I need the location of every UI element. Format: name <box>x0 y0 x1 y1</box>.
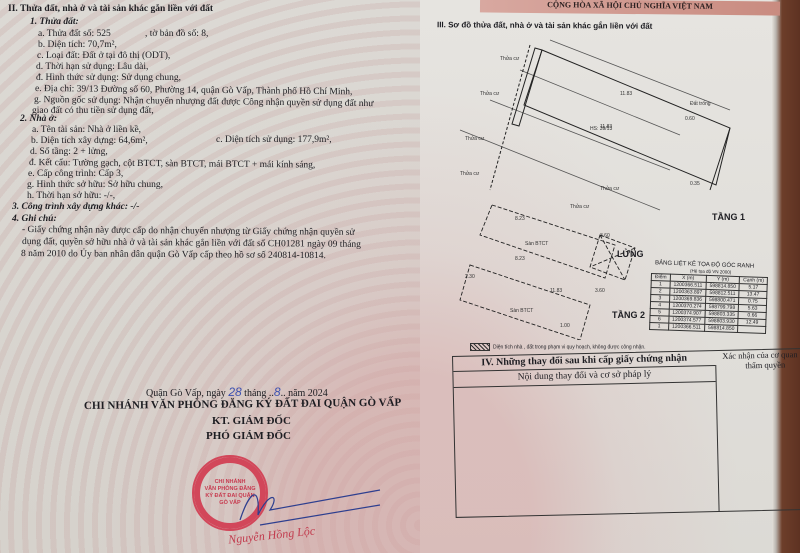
svg-text:11.83: 11.83 <box>550 288 562 294</box>
notes-line-3: 8 năm 2010 do Ủy ban nhân dân quận Gò Vấ… <box>21 249 326 261</box>
issue-month: 8 <box>274 385 281 399</box>
land-heading: 1. Thửa đất: <box>30 17 79 27</box>
coord-table: ĐiểmX (m)Y (m)Cạnh (m) 11200366.51159881… <box>649 273 768 334</box>
issue-day: 28 <box>228 385 241 399</box>
svg-text:Thửa cư: Thửa cư <box>465 135 485 142</box>
map-sheet-number: , tờ bản đồ số: 8, <box>145 29 208 39</box>
svg-text:1.00: 1.00 <box>560 323 570 329</box>
svg-text:11.83: 11.83 <box>600 124 612 130</box>
hatch-swatch-icon <box>470 343 490 351</box>
floor-2-label: TẦNG 2 <box>612 310 645 320</box>
floor-1-label: TẦNG 1 <box>712 212 745 222</box>
section-2-title: II. Thửa đất, nhà ở và tài sản khác gắn … <box>8 4 213 14</box>
coord-cell: 1 <box>650 322 669 330</box>
svg-text:Thửa cư: Thửa cư <box>500 55 520 62</box>
usage-form: đ. Hình thức sử dụng: Sử dụng chung, <box>36 73 181 83</box>
coord-cell: 598814.850 <box>704 324 738 332</box>
svg-text:Thửa cư: Thửa cư <box>570 203 590 210</box>
changes-left-column: Nội dung thay đổi và cơ sở pháp lý <box>453 365 719 517</box>
svg-text:Thửa cư: Thửa cư <box>460 170 480 177</box>
svg-text:Thửa cư: Thửa cư <box>480 90 500 97</box>
building-grade: e. Cấp công trình: Cấp 3, <box>28 169 123 179</box>
house-heading: 2. Nhà ở: <box>20 114 57 124</box>
land-duration: d. Thời hạn sử dụng: Lâu dài, <box>36 62 148 72</box>
mezzanine-label: LỬNG <box>617 249 643 259</box>
built-area: b. Diện tích xây dựng: 64,6m², <box>31 136 148 146</box>
floor-count: d. Số tầng: 2 + lửng, <box>30 147 108 157</box>
coord-cell: 1200366.511 <box>668 323 704 331</box>
svg-text:0.60: 0.60 <box>685 116 695 122</box>
svg-text:Đất trống: Đất trống <box>690 101 711 107</box>
coord-cell <box>738 326 766 334</box>
legend: Diện tích nhà , đất trong phạm vi quy ho… <box>470 343 646 351</box>
signer-title-1: KT. GIÁM ĐỐC <box>212 415 291 427</box>
coord-header-cell: Điểm <box>651 273 670 281</box>
svg-text:11.83: 11.83 <box>620 91 632 97</box>
parcel-number: a. Thửa đất số: 525 <box>38 29 111 39</box>
notes-heading: 4. Ghi chú: <box>12 214 57 224</box>
svg-text:3.60: 3.60 <box>600 233 610 239</box>
signature-scrawl <box>230 480 390 530</box>
svg-text:Sàn BTCT: Sàn BTCT <box>510 308 533 314</box>
other-works: 3. Công trình xây dựng khác: -/- <box>12 202 139 212</box>
svg-text:2.30: 2.30 <box>465 274 475 280</box>
land-type: c. Loại đất: Đất ở tại đô thị (ODT), <box>37 51 170 61</box>
ownership-term: h. Thời hạn sở hữu: -/-, <box>27 191 115 201</box>
svg-text:Sàn BTCT: Sàn BTCT <box>525 241 548 247</box>
svg-text:Thửa cư: Thửa cư <box>600 185 620 192</box>
signer-title-2: PHÓ GIÁM ĐỐC <box>206 430 291 442</box>
changes-table: IV. Những thay đổi sau khi cấp giấy chứn… <box>452 348 800 518</box>
col-right-header: Xác nhận của cơ quan có thẩm quyền <box>717 349 800 371</box>
svg-text:3.60: 3.60 <box>595 288 605 294</box>
land-area: b. Diện tích: 70,7m², <box>38 40 117 50</box>
floor-area: c. Diện tích sử dụng: 177,9m², <box>216 135 332 145</box>
house-name: a. Tên tài sản: Nhà ở liền kề, <box>32 125 141 135</box>
ownership-form: g. Hình thức sở hữu: Sở hữu chung, <box>27 180 163 190</box>
svg-text:8.23: 8.23 <box>515 256 525 262</box>
svg-text:0.35: 0.35 <box>690 181 700 187</box>
svg-text:8.23: 8.23 <box>515 216 525 222</box>
